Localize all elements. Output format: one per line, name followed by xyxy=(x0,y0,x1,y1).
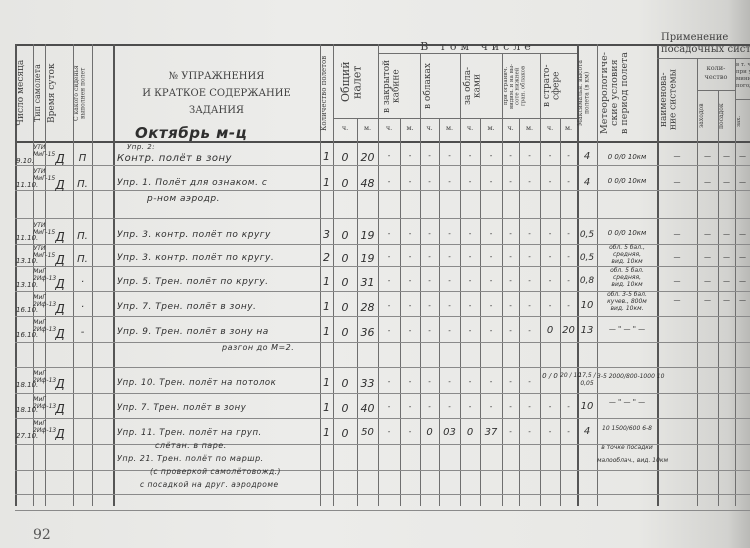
row-line xyxy=(15,494,750,495)
limited-vis-m: - xyxy=(519,403,540,411)
closed-cabin-h: - xyxy=(378,152,400,160)
row-line xyxy=(15,165,750,166)
row-line xyxy=(15,316,750,317)
system-name: — xyxy=(657,296,697,304)
header-stratosphere: в страто- сфере xyxy=(543,56,575,116)
unit-hours: ч. xyxy=(460,124,480,132)
time-of-day: Д xyxy=(47,253,73,267)
min-approaches: — xyxy=(735,152,750,160)
closed-cabin-m: - xyxy=(400,253,420,261)
stratosphere-m: - xyxy=(560,152,577,160)
system-name: — xyxy=(657,178,697,186)
limited-vis-h: - xyxy=(502,428,519,436)
max-altitude: 4 xyxy=(577,151,597,162)
unit-minutes: м. xyxy=(400,124,420,132)
above-clouds-m: - xyxy=(480,152,502,160)
closed-cabin-h: - xyxy=(378,302,400,310)
exercise-line: Упр. 1. Полёт для ознаком. с xyxy=(117,178,267,188)
header-landings: посадок xyxy=(719,94,734,138)
time-of-day: Д xyxy=(47,152,73,166)
above-clouds-h: - xyxy=(460,253,480,261)
above-clouds-m: - xyxy=(480,277,502,285)
limited-vis-m: - xyxy=(519,152,540,160)
limited-vis-m: - xyxy=(519,428,540,436)
approaches: — xyxy=(697,253,718,261)
exercise-line: слётан. в паре. xyxy=(155,441,227,450)
max-altitude: 13 xyxy=(577,325,597,336)
seat: · xyxy=(73,302,92,313)
col-divider xyxy=(560,118,561,506)
stratosphere-m: - xyxy=(560,253,577,261)
total-hours: 0 xyxy=(333,151,357,164)
including-group-underline xyxy=(378,53,577,54)
landings: — xyxy=(718,277,735,285)
in-clouds-m: - xyxy=(439,152,460,160)
stratosphere-h: - xyxy=(540,403,560,411)
min-approaches: — xyxy=(735,230,750,238)
header-flights-count: Количество полетов xyxy=(321,48,333,138)
in-clouds-m: - xyxy=(439,403,460,411)
flights-count: 1 xyxy=(320,176,333,189)
closed-cabin-h: - xyxy=(378,230,400,238)
exercise-line: Упр. 3. контр. полёт по кругу. xyxy=(117,253,274,263)
aircraft-type: МиГ 2Иф-13 xyxy=(33,268,46,282)
header-limited-visibility: при огранич. видим. и на вы- соте нижней… xyxy=(504,56,538,116)
header-above-clouds: за обла- ками xyxy=(464,56,498,116)
stratosphere-h: - xyxy=(540,302,560,310)
above-clouds-m: - xyxy=(480,378,502,386)
weather: 0 0/0 10км xyxy=(597,177,657,185)
limited-vis-h: - xyxy=(502,403,519,411)
closed-cabin-m: - xyxy=(400,152,420,160)
row-line xyxy=(15,367,750,368)
total-minutes: 19 xyxy=(357,252,378,265)
max-altitude: 0,5 xyxy=(577,253,597,263)
closed-cabin-m: - xyxy=(400,378,420,386)
time-of-day: Д xyxy=(47,277,73,291)
header-landing-systems-group: Применение посадочных систем xyxy=(657,32,750,56)
in-clouds-m: - xyxy=(439,230,460,238)
row-line xyxy=(15,218,750,219)
aircraft-type: УТИ МиГ-15 xyxy=(33,168,46,182)
total-minutes: 40 xyxy=(357,402,378,415)
stratosphere-m: - xyxy=(560,403,577,411)
col-divider xyxy=(92,44,93,506)
row-line xyxy=(15,393,750,394)
in-clouds-m: - xyxy=(439,302,460,310)
weather: 3-5 2000/800-1000 10 xyxy=(597,373,657,380)
total-hours: 0 xyxy=(333,377,357,390)
unit-minutes: м. xyxy=(439,124,460,132)
date: 18.10. xyxy=(16,381,34,389)
limited-vis-h: - xyxy=(502,253,519,261)
stratosphere-h: - xyxy=(540,178,560,186)
date: 11.10. xyxy=(16,234,34,242)
limited-vis-m: - xyxy=(519,378,540,386)
seat: П. xyxy=(73,231,92,242)
weather: 0 0/0 10км xyxy=(597,153,657,161)
landings: — xyxy=(718,296,735,304)
flights-count: 3 xyxy=(320,228,333,241)
aircraft-type: УТИ МиГ-15 xyxy=(33,144,46,158)
stratosphere-m: - xyxy=(560,178,577,186)
time-of-day: Д xyxy=(47,427,73,441)
seat: - xyxy=(73,327,92,338)
in-clouds-h: - xyxy=(420,378,439,386)
weather: в точке посадки xyxy=(597,444,657,451)
above-clouds-h: - xyxy=(460,327,480,335)
total-minutes: 36 xyxy=(357,326,378,339)
in-clouds-h: - xyxy=(420,302,439,310)
weather: кучев., 800м xyxy=(597,298,657,305)
exercise-line: Контр. полёт в зону xyxy=(117,153,232,164)
limited-vis-m: - xyxy=(519,327,540,335)
col-divider xyxy=(480,118,481,506)
min-approaches: — xyxy=(735,296,750,304)
header-in-clouds: в облаках xyxy=(424,56,456,116)
weather: 0 0/0 10км xyxy=(597,229,657,237)
system-name: — xyxy=(657,277,697,285)
in-clouds-h: - xyxy=(420,152,439,160)
min-approaches: — xyxy=(735,253,750,261)
limited-vis-m: - xyxy=(519,302,540,310)
weather: обл. 3-5 бал. xyxy=(597,291,657,298)
closed-cabin-h: - xyxy=(378,327,400,335)
page-number: 92 xyxy=(33,527,51,543)
exercise-line: Упр. 21. Трен. полёт по маршр. xyxy=(117,454,264,463)
date: 13.10. xyxy=(16,281,34,289)
in-clouds-m: - xyxy=(439,253,460,261)
max-altitude: 10 xyxy=(577,401,597,412)
exercise-line: Упр. 5. Трен. полёт по кругу. xyxy=(117,277,269,287)
landings: — xyxy=(718,253,735,261)
seat: П xyxy=(73,153,92,164)
closed-cabin-h: - xyxy=(378,277,400,285)
above-clouds-h: - xyxy=(460,152,480,160)
seat: П. xyxy=(73,179,92,190)
weather: вид. 10км. xyxy=(597,305,657,312)
col-divider xyxy=(519,118,520,506)
system-name: — xyxy=(657,152,697,160)
total-minutes: 50 xyxy=(357,427,378,438)
date: 18.10. xyxy=(16,406,34,414)
limited-vis-h: - xyxy=(502,277,519,285)
above-clouds-h: - xyxy=(460,302,480,310)
weather: обл. 5 бал., xyxy=(597,244,657,251)
date: 16.10. xyxy=(16,306,34,314)
date: 16.10. xyxy=(16,331,34,339)
seat: П. xyxy=(73,254,92,265)
above-clouds-h: - xyxy=(460,403,480,411)
exercise-line: Упр. 3. контр. полёт по кругу xyxy=(117,230,271,240)
total-hours: 0 xyxy=(333,177,357,190)
exercise-line: Упр. 9. Трен. полёт в зону на xyxy=(117,327,269,337)
weather: вид. 10км xyxy=(597,281,657,288)
min-weather-underline xyxy=(735,99,750,100)
max-altitude: 0,8 xyxy=(577,276,597,286)
stratosphere-m: - xyxy=(560,302,577,310)
flights-count: 1 xyxy=(320,376,333,389)
limited-vis-h: - xyxy=(502,302,519,310)
total-hours: 0 xyxy=(333,252,357,265)
total-hours: 0 xyxy=(333,402,357,415)
in-clouds-h: - xyxy=(420,327,439,335)
limited-vis-h: - xyxy=(502,178,519,186)
above-clouds-h: - xyxy=(460,378,480,386)
limited-vis-h: - xyxy=(502,230,519,238)
max-altitude: 17,5 / 0,05 xyxy=(577,372,597,388)
limited-vis-m: - xyxy=(519,253,540,261)
header-including-group: В том числе xyxy=(378,40,577,53)
unit-hours: ч. xyxy=(502,124,519,132)
landings: — xyxy=(718,152,735,160)
limited-vis-h: - xyxy=(502,327,519,335)
exercise-line: Упр. 7. Трен. полёт в зону. xyxy=(117,302,256,312)
weather: средняя, xyxy=(597,274,657,281)
total-minutes: 28 xyxy=(357,301,378,314)
total-minutes: 20 xyxy=(357,151,378,164)
closed-cabin-m: - xyxy=(400,428,420,436)
above-clouds-h: 0 xyxy=(460,427,480,438)
header-exercise-title: № УПРАЖНЕНИЯ И КРАТКОЕ СОДЕРЖАНИЕ ЗАДАНИ… xyxy=(113,68,320,119)
max-altitude: 4 xyxy=(577,177,597,188)
weather: малооблач., вид. 10км xyxy=(597,457,667,464)
exercise-line: Упр. 2: xyxy=(127,143,155,151)
header-total-time: Общий налет xyxy=(340,50,370,114)
max-altitude: 0,5 xyxy=(577,230,597,240)
unit-hours: ч. xyxy=(333,124,357,132)
in-clouds-m: - xyxy=(439,327,460,335)
total-minutes: 33 xyxy=(357,377,378,390)
approaches: — xyxy=(697,152,718,160)
weather: обл. 5 бал. xyxy=(597,267,657,274)
unit-minutes: м. xyxy=(519,124,540,132)
in-clouds-m: - xyxy=(439,277,460,285)
closed-cabin-m: - xyxy=(400,277,420,285)
weather: вид. 10км xyxy=(597,258,657,265)
approaches: — xyxy=(697,277,718,285)
row-line xyxy=(15,510,750,511)
header-weather: Метеорологиче- ские условия в период пол… xyxy=(600,48,654,138)
closed-cabin-h: - xyxy=(378,378,400,386)
unit-hours: ч. xyxy=(378,124,400,132)
col-divider xyxy=(400,118,401,506)
time-of-day: Д xyxy=(47,377,73,391)
header-date: Число месяца xyxy=(17,48,32,138)
system-name: — xyxy=(657,230,697,238)
total-minutes: 31 xyxy=(357,276,378,289)
stratosphere-h: 0 xyxy=(540,325,560,336)
flights-count: 1 xyxy=(320,426,333,439)
closed-cabin-m: - xyxy=(400,230,420,238)
limited-vis-m: - xyxy=(519,178,540,186)
flights-count: 1 xyxy=(320,150,333,163)
exercise-line: разгон до М=2. xyxy=(222,343,294,352)
closed-cabin-h: - xyxy=(378,403,400,411)
in-clouds-m: 03 xyxy=(439,427,460,438)
closed-cabin-h: - xyxy=(378,428,400,436)
min-approaches: — xyxy=(735,178,750,186)
exercise-line: Упр. 7. Трен. полёт в зону xyxy=(117,403,246,413)
flights-count: 1 xyxy=(320,275,333,288)
total-hours: 0 xyxy=(333,276,357,289)
total-hours: 0 xyxy=(333,301,357,314)
stratosphere-h: - xyxy=(540,230,560,238)
in-clouds-m: - xyxy=(439,178,460,186)
stratosphere-h: - xyxy=(540,428,560,436)
total-hours: 0 xyxy=(333,229,357,242)
closed-cabin-h: - xyxy=(378,253,400,261)
total-hours: 0 xyxy=(333,326,357,339)
exercise-line: р-ном аэродр. xyxy=(147,194,220,204)
weather: — " — " — xyxy=(597,398,657,406)
header-seat: С какого сиденья выполнен полет xyxy=(74,48,92,138)
header-system-name: наименова- ние системы xyxy=(660,62,694,138)
stratosphere-m: - xyxy=(560,277,577,285)
header-closed-cabin: в закрытой кабине xyxy=(383,56,415,116)
time-of-day: Д xyxy=(47,178,73,192)
limited-vis-m: - xyxy=(519,277,540,285)
in-clouds-h: - xyxy=(420,253,439,261)
closed-cabin-m: - xyxy=(400,178,420,186)
landings: — xyxy=(718,230,735,238)
above-clouds-m: - xyxy=(480,327,502,335)
weather: 10 1500/600 6-8 xyxy=(597,425,657,432)
max-altitude: 10 xyxy=(577,300,597,311)
date: 11.10. xyxy=(16,181,34,189)
weather: средняя, xyxy=(597,251,657,258)
min-approaches: — xyxy=(735,277,750,285)
exercise-line: Упр. 10. Трен. полёт на потолок xyxy=(117,378,276,388)
limited-vis-m: - xyxy=(519,230,540,238)
row-line xyxy=(15,190,750,191)
flights-count: 1 xyxy=(320,300,333,313)
above-clouds-m: - xyxy=(480,230,502,238)
closed-cabin-m: - xyxy=(400,327,420,335)
unit-minutes: м. xyxy=(480,124,502,132)
landings: — xyxy=(718,178,735,186)
stratosphere-m: - xyxy=(560,428,577,436)
header-bottom-border xyxy=(15,141,750,143)
limited-vis-h: - xyxy=(502,378,519,386)
header-time-of-day: Время суток xyxy=(48,48,70,138)
closed-cabin-m: - xyxy=(400,403,420,411)
max-altitude: 4 xyxy=(577,426,597,437)
header-max-altitude: Максимальн. высота полета (в км) xyxy=(578,48,597,138)
above-clouds-m: - xyxy=(480,253,502,261)
col-divider xyxy=(378,44,379,506)
landing-group-underline xyxy=(657,58,750,59)
in-clouds-h: - xyxy=(420,403,439,411)
time-of-day: Д xyxy=(47,302,73,316)
total-hours: 0 xyxy=(333,427,357,440)
header-min-approaches: зах. xyxy=(737,104,747,138)
stratosphere-h: - xyxy=(540,277,560,285)
closed-cabin-h: - xyxy=(378,178,400,186)
month-label: Октябрь м-ц xyxy=(135,124,247,142)
exercise-line: Упр. 11. Трен. полёт на груп. xyxy=(117,428,262,438)
time-of-day: Д xyxy=(47,402,73,416)
in-clouds-m: - xyxy=(439,378,460,386)
date: 13.10. xyxy=(16,257,34,265)
above-clouds-h: - xyxy=(460,230,480,238)
unit-hours: ч. xyxy=(540,124,560,132)
in-clouds-h: 0 xyxy=(420,427,439,438)
logbook-page: Число месяца Тип самолета Время суток С … xyxy=(0,0,750,548)
weather: — " — " — xyxy=(597,325,657,333)
hm-unit-row-line xyxy=(333,118,577,119)
flights-count: 1 xyxy=(320,325,333,338)
system-name: — xyxy=(657,253,697,261)
stratosphere-h: 0 / 0 xyxy=(540,372,560,380)
header-min-weather-group: в т. ч. при уст. миним. погоды xyxy=(736,62,750,90)
in-clouds-h: - xyxy=(420,178,439,186)
approaches: — xyxy=(697,230,718,238)
date: 27.10. xyxy=(16,432,34,440)
limited-vis-h: - xyxy=(502,152,519,160)
date: 9.10. xyxy=(16,157,34,165)
approaches: — xyxy=(697,296,718,304)
stratosphere-m: 20 xyxy=(560,325,577,336)
stratosphere-m: 20 / 10 xyxy=(560,372,577,379)
stratosphere-h: - xyxy=(540,152,560,160)
exercise-line: с посадкой на друг. аэродроме xyxy=(140,480,279,489)
total-minutes: 19 xyxy=(357,229,378,242)
flights-count: 1 xyxy=(320,401,333,414)
col-divider xyxy=(439,118,440,506)
above-clouds-m: - xyxy=(480,302,502,310)
stratosphere-m: - xyxy=(560,230,577,238)
header-quantity-group: коли- чество xyxy=(697,64,735,82)
unit-minutes: м. xyxy=(357,124,378,132)
row-line xyxy=(15,418,750,419)
unit-minutes: м. xyxy=(560,124,577,132)
in-clouds-h: - xyxy=(420,230,439,238)
header-approaches: заходов xyxy=(699,94,716,138)
above-clouds-m: - xyxy=(480,178,502,186)
above-clouds-h: - xyxy=(460,277,480,285)
row-line xyxy=(15,342,750,343)
total-minutes: 48 xyxy=(357,177,378,190)
approaches: — xyxy=(697,178,718,186)
above-clouds-h: - xyxy=(460,178,480,186)
row-line xyxy=(15,470,750,471)
time-of-day: Д xyxy=(47,230,73,244)
stratosphere-h: - xyxy=(540,253,560,261)
quantity-underline xyxy=(697,90,735,91)
unit-hours: ч. xyxy=(420,124,439,132)
exercise-line: (с проверкой самолётовожд.) xyxy=(150,467,281,476)
above-clouds-m: 37 xyxy=(480,427,502,438)
header-aircraft-type: Тип самолета xyxy=(34,48,45,138)
closed-cabin-m: - xyxy=(400,302,420,310)
flights-count: 2 xyxy=(320,251,333,264)
above-clouds-m: - xyxy=(480,403,502,411)
in-clouds-h: - xyxy=(420,277,439,285)
seat: · xyxy=(73,277,92,288)
time-of-day: Д xyxy=(47,327,73,341)
